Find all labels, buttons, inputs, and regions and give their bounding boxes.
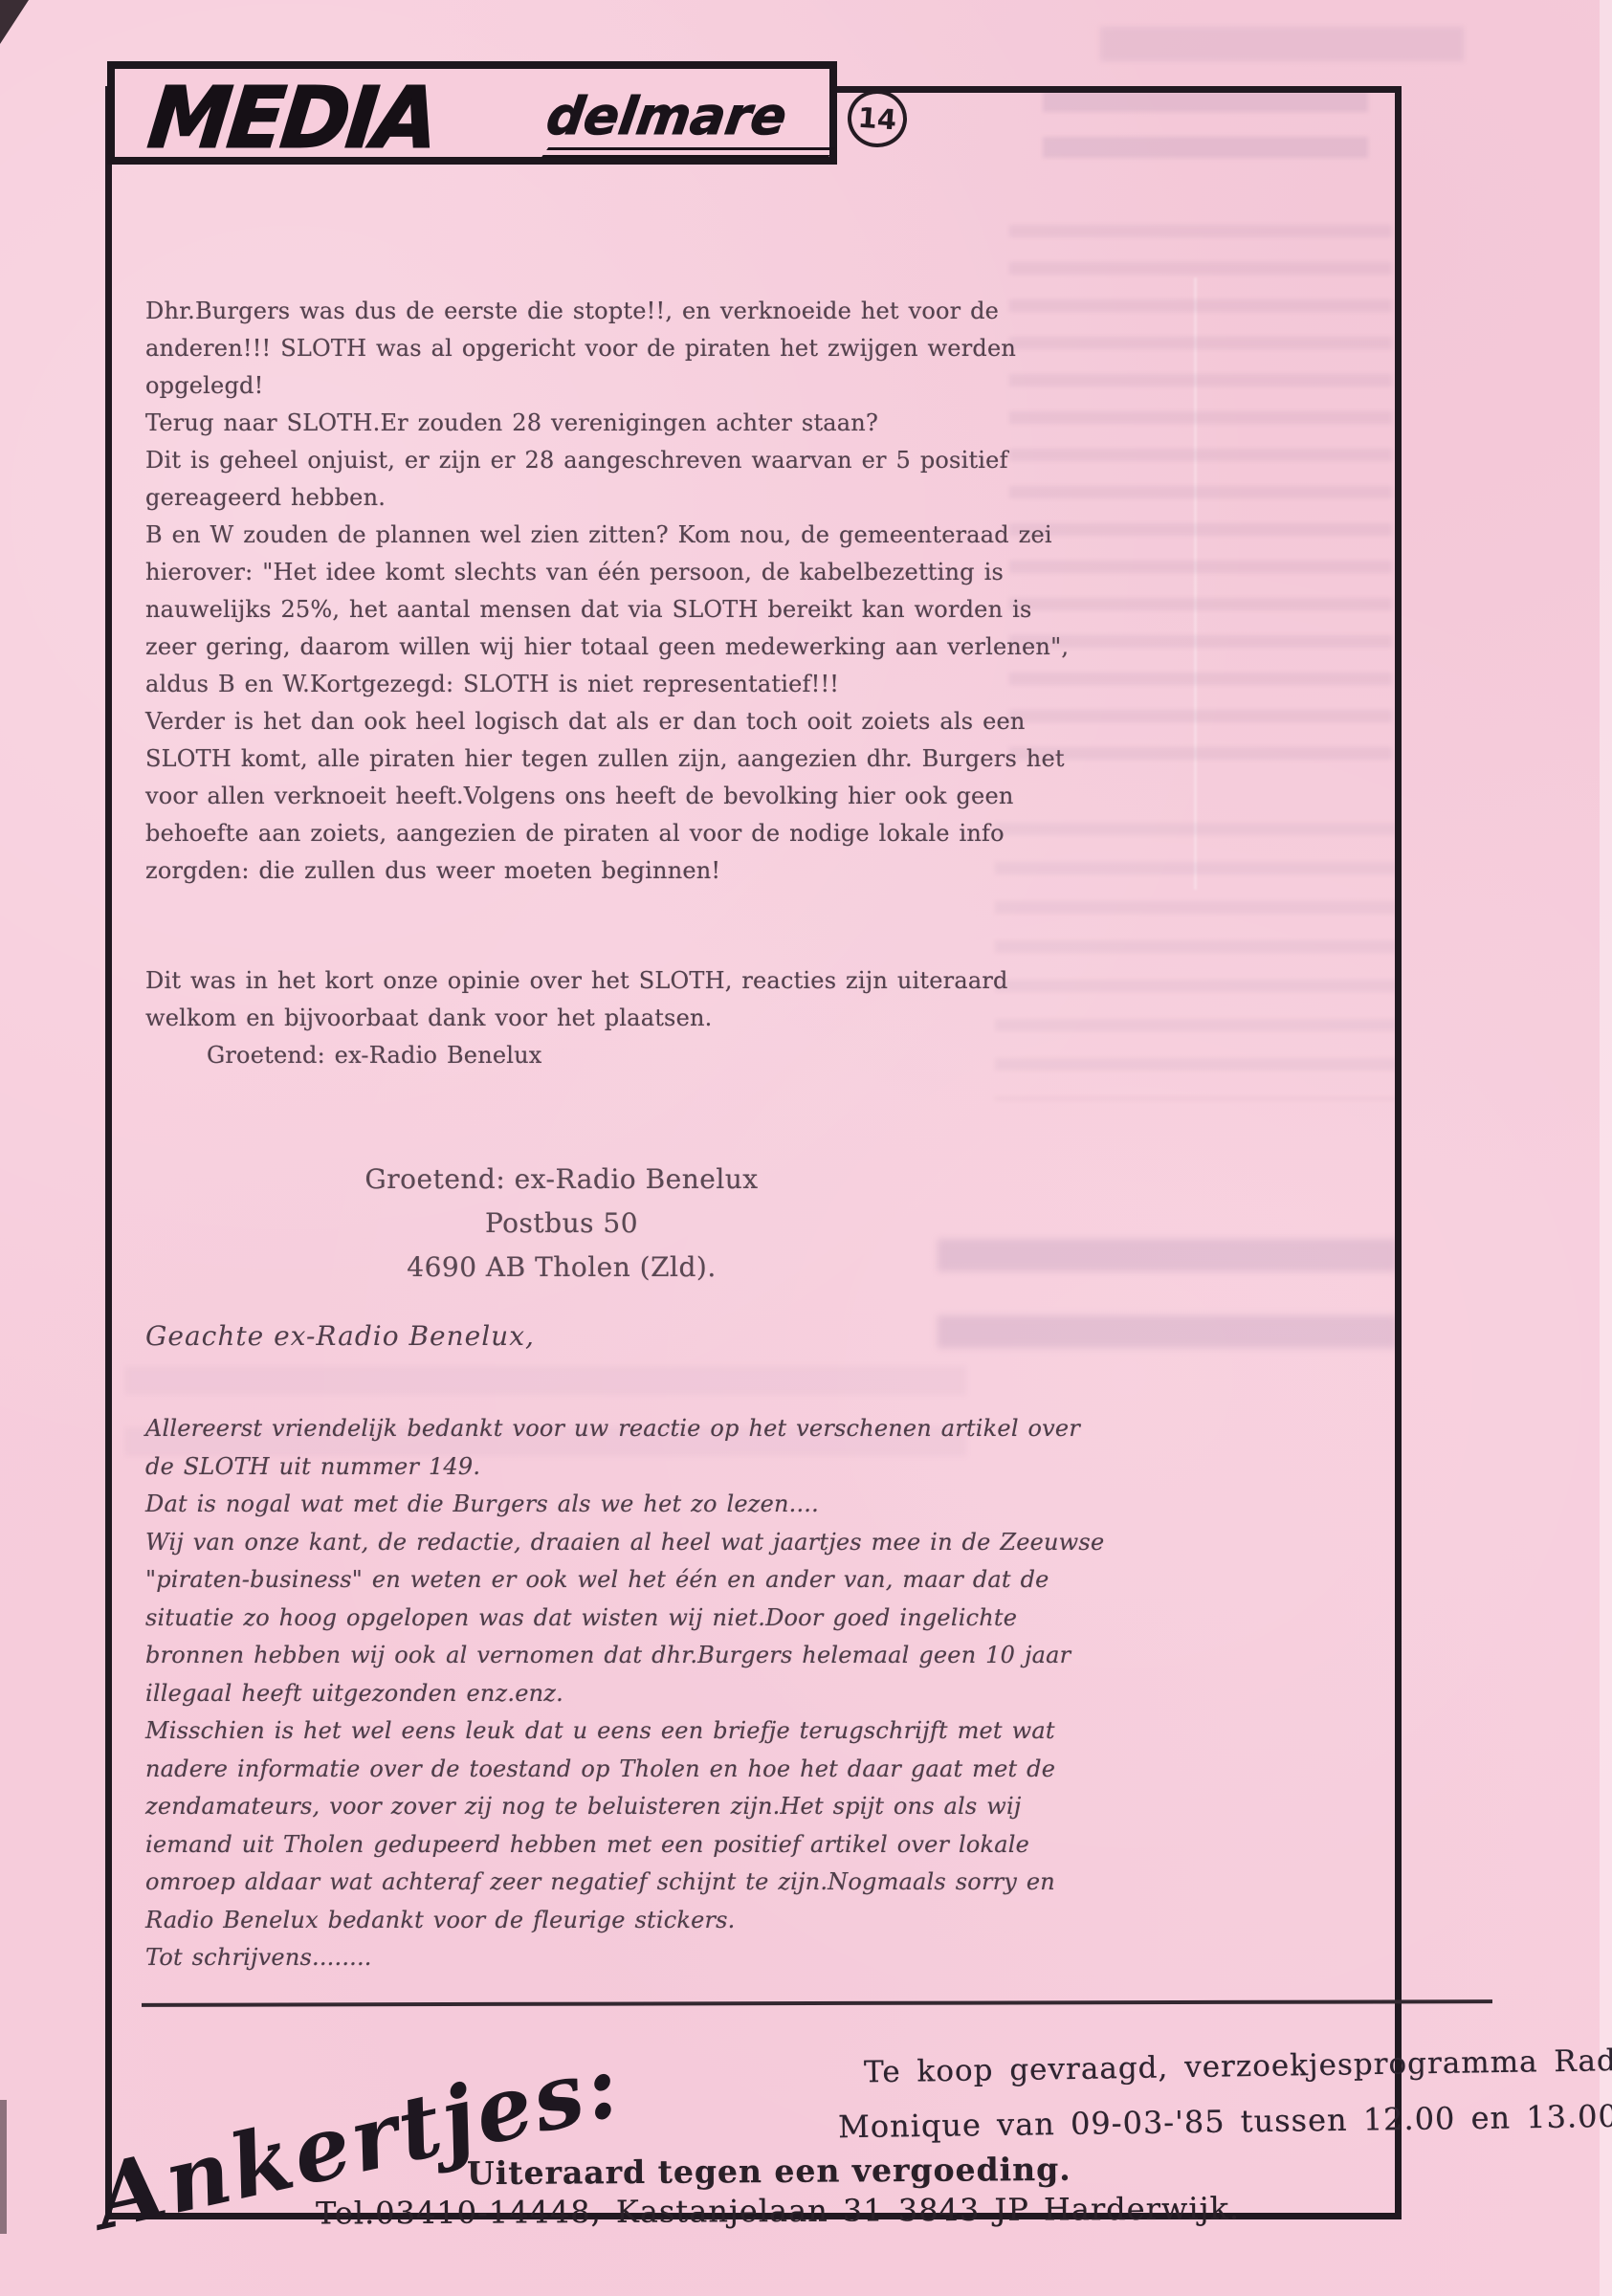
address-line: Groetend: ex-Radio Benelux [145, 1158, 978, 1202]
scan-corner-artifact [0, 0, 29, 44]
masthead-logo-delmare: delmare [543, 86, 791, 146]
reply-line: Misschien is het wel eens leuk dat u een… [145, 1712, 974, 1751]
sender-address-block: Groetend: ex-Radio Benelux Postbus 50 46… [145, 1158, 978, 1290]
reply-line: Dat is nogal wat met die Burgers als we … [145, 1486, 974, 1524]
classified-line: Tel.03410-14448, Kastanjelaan 31 3843 JP… [316, 2190, 1240, 2231]
letter-signature: Groetend: ex-Radio Benelux [145, 1037, 970, 1074]
reply-line: illegaal heeft uitgezonden enz.enz. [145, 1675, 974, 1713]
masthead-box: MEDIA delmare [107, 61, 837, 165]
letter-line: hierover: "Het idee komt slechts van één… [145, 554, 970, 591]
reply-line: zendamateurs, voor zover zij nog te belu… [145, 1788, 974, 1826]
reply-line: Wij van onze kant, de redactie, draaien … [145, 1524, 974, 1562]
letter-line: zeer gering, daarom willen wij hier tota… [145, 629, 970, 666]
letter-line: zorgden: die zullen dus weer moeten begi… [145, 852, 970, 890]
letter-line: behoefte aan zoiets, aangezien de pirate… [145, 815, 970, 852]
reply-line: bronnen hebben wij ook al vernomen dat d… [145, 1637, 974, 1675]
reply-line: omroep aldaar wat achteraf zeer negatief… [145, 1864, 974, 1902]
letter-line: B en W zouden de plannen wel zien zitten… [145, 517, 970, 554]
letter-line: welkom en bijvoorbaat dank voor het plaa… [145, 1000, 970, 1037]
reply-line: Allereerst vriendelijk bedankt voor uw r… [145, 1410, 974, 1448]
letter-line: opgelegd! [145, 367, 970, 405]
paper-edge-highlight [1600, 0, 1612, 2296]
letter-line: Terug naar SLOTH.Er zouden 28 vereniging… [145, 405, 970, 442]
reply-line: iemand uit Tholen gedupeerd hebben met e… [145, 1826, 974, 1865]
letter-closing: Dit was in het kort onze opinie over het… [145, 962, 970, 1074]
letter-line: gereageerd hebben. [145, 479, 970, 517]
letter-line: Verder is het dan ook heel logisch dat a… [145, 703, 970, 740]
logo-underline-stripes [539, 147, 836, 162]
letter-line: Dhr.Burgers was dus de eerste die stopte… [145, 293, 970, 330]
letter-line: voor allen verknoeit heeft.Volgens ons h… [145, 778, 970, 815]
masthead-logo-media: MEDIA [144, 70, 441, 167]
address-line: 4690 AB Tholen (Zld). [145, 1246, 978, 1290]
letter-line: aldus B en W.Kortgezegd: SLOTH is niet r… [145, 666, 970, 703]
letter-line: anderen!!! SLOTH was al opgericht voor d… [145, 330, 970, 367]
letter-line: nauwelijks 25%, het aantal mensen dat vi… [145, 591, 970, 629]
letter-line: Dit is geheel onjuist, er zijn er 28 aan… [145, 442, 970, 479]
page-number: 14 [857, 101, 898, 137]
reply-line: "piraten-business" en weten er ook wel h… [145, 1561, 974, 1600]
reply-line: de SLOTH uit nummer 149. [145, 1448, 974, 1487]
letter-line: Dit was in het kort onze opinie over het… [145, 962, 970, 1000]
reply-line: situatie zo hoog opgelopen was dat wiste… [145, 1600, 974, 1638]
reply-line: Tot schrijvens........ [145, 1939, 974, 1977]
reply-body: Allereerst vriendelijk bedankt voor uw r… [145, 1410, 974, 1977]
reply-line: nadere informatie over de toestand op Th… [145, 1751, 974, 1789]
classified-line: Uiteraard tegen een vergoeding. [467, 2151, 1071, 2192]
address-line: Postbus 50 [145, 1202, 978, 1246]
reply-line: Radio Benelux bedankt voor de fleurige s… [145, 1902, 974, 1940]
letter-body: Dhr.Burgers was dus de eerste die stopte… [145, 293, 970, 890]
reply-salutation: Geachte ex-Radio Benelux, [145, 1320, 535, 1352]
show-through-ghost [1100, 27, 1464, 61]
scanned-zine-page: { "page": { "paper_color": "#f7cddc", "i… [0, 0, 1612, 2296]
scan-edge-artifact [0, 2100, 7, 2234]
letter-line: SLOTH komt, alle piraten hier tegen zull… [145, 740, 970, 778]
